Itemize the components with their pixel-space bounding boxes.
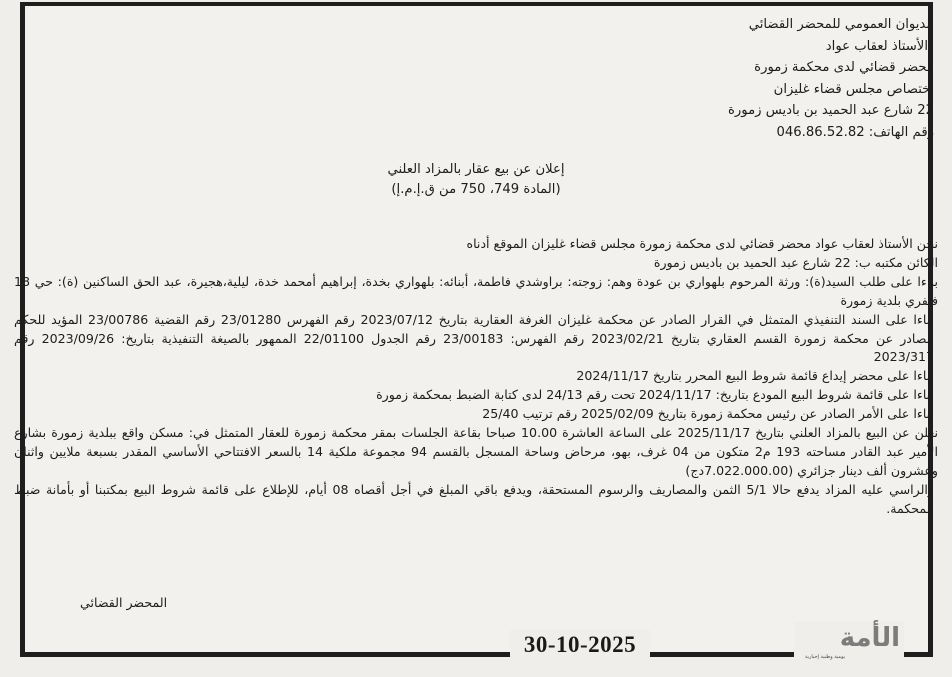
header-line-phone: رقم الهاتف: 046.86.52.82 bbox=[728, 122, 934, 144]
body-paragraph: بناءا على قائمة شروط البيع المودع بتاريخ… bbox=[14, 386, 938, 405]
body-paragraph: الكائن مكتبه ب: 22 شارع عبد الحميد بن با… bbox=[14, 254, 938, 273]
logo-tagline: يومية وطنية إخبارية bbox=[794, 654, 856, 660]
signature: المحضر القضائي bbox=[80, 595, 167, 610]
notice-body: نحن الأستاذ لعقاب عواد محضر قضائي لدى مح… bbox=[14, 235, 938, 519]
body-paragraph: نحن الأستاذ لعقاب عواد محضر قضائي لدى مح… bbox=[14, 235, 938, 254]
publication-date: 30-10-2025 bbox=[510, 630, 650, 660]
header-line-office: الديوان العمومي للمحضر القضائي bbox=[728, 14, 934, 36]
notice-title: إعلان عن بيع عقار بالمزاد العلني (المادة… bbox=[0, 160, 952, 200]
header-line-name: الأستاذ لعقاب عواد bbox=[728, 36, 934, 58]
notice-title-main: إعلان عن بيع عقار بالمزاد العلني bbox=[0, 160, 952, 180]
header-line-jurisdiction: اختصاص مجلس قضاء غليزان bbox=[728, 79, 934, 101]
body-paragraph: نعلن عن البيع بالمزاد العلني بتاريخ 2025… bbox=[14, 424, 938, 481]
office-header: الديوان العمومي للمحضر القضائي الأستاذ ل… bbox=[728, 14, 934, 143]
header-line-role: محضر قضائي لدى محكمة زمورة bbox=[728, 57, 934, 79]
newspaper-logo: الأمة يومية وطنية إخبارية bbox=[794, 622, 904, 662]
body-paragraph: بناءا على السند التنفيذي المتمثل في القر… bbox=[14, 311, 938, 368]
body-paragraph: والراسي عليه المزاد يدفع حالا 5/1 الثمن … bbox=[14, 481, 938, 519]
header-line-address: 22 شارع عبد الحميد بن باديس زمورة bbox=[728, 100, 934, 122]
body-paragraph: بناءا على محضر إيداع قائمة شروط البيع ال… bbox=[14, 367, 938, 386]
logo-wordmark: الأمة bbox=[840, 622, 900, 654]
notice-title-sub: (المادة 749، 750 من ق.إ.م.إ) bbox=[0, 180, 952, 200]
body-paragraph: بناءا على طلب السيد(ة): ورثة المرحوم بله… bbox=[14, 273, 938, 311]
body-paragraph: بناءا على الأمر الصادر عن رئيس محكمة زمو… bbox=[14, 405, 938, 424]
